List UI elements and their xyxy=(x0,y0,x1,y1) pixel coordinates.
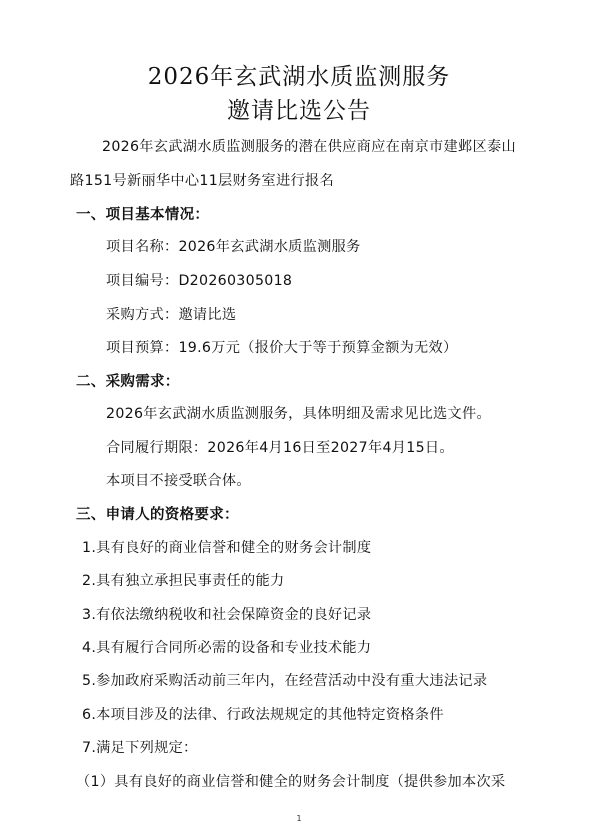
qualification-item: 5.参加政府采购活动前三年内，在经营活动中没有重大违法记录 xyxy=(82,670,487,690)
qualification-item: 4.具有履行合同所必需的设备和专业技术能力 xyxy=(82,637,371,657)
section1-heading: 一、项目基本情况： xyxy=(76,203,209,224)
project-name: 项目名称：2026年玄武湖水质监测服务 xyxy=(106,236,361,256)
procurement-method: 采购方式：邀请比选 xyxy=(106,304,236,324)
consortium-note: 本项目不接受联合体。 xyxy=(106,470,251,490)
qualification-item: 2.具有独立承担民事责任的能力 xyxy=(82,570,284,590)
intro-paragraph-line1: 2026年玄武湖水质监测服务的潜在供应商应在南京市建邺区泰山 xyxy=(102,136,516,156)
document-title-line1: 2026年玄武湖水质监测服务 xyxy=(0,58,598,91)
project-number: 项目编号：D20260305018 xyxy=(106,270,292,290)
page-number: 1 xyxy=(0,814,598,823)
requirement-line1: 2026年玄武湖水质监测服务，具体明细及需求见比选文件。 xyxy=(106,403,491,423)
document-title-line2: 邀请比选公告 xyxy=(0,92,598,125)
intro-paragraph-line2: 路151号新丽华中心11层财务室进行报名 xyxy=(70,170,334,190)
qualification-item: 3.有依法缴纳税收和社会保障资金的良好记录 xyxy=(82,604,371,624)
section3-heading: 三、申请人的资格要求： xyxy=(76,503,239,524)
qualification-item: 1.具有良好的商业信誉和健全的财务会计制度 xyxy=(82,537,371,557)
qualification-item: 6.本项目涉及的法律、行政法规规定的其他特定资格条件 xyxy=(82,704,444,724)
section2-heading: 二、采购需求： xyxy=(76,370,180,391)
contract-period: 合同履行期限：2026年4月16日至2027年4月15日。 xyxy=(106,437,454,457)
qualification-subitem: （1）具有良好的商业信誉和健全的财务会计制度（提供参加本次采 xyxy=(76,771,505,791)
project-budget: 项目预算：19.6万元（报价大于等于预算金额为无效） xyxy=(106,337,458,357)
qualification-item: 7.满足下列规定： xyxy=(82,737,198,757)
